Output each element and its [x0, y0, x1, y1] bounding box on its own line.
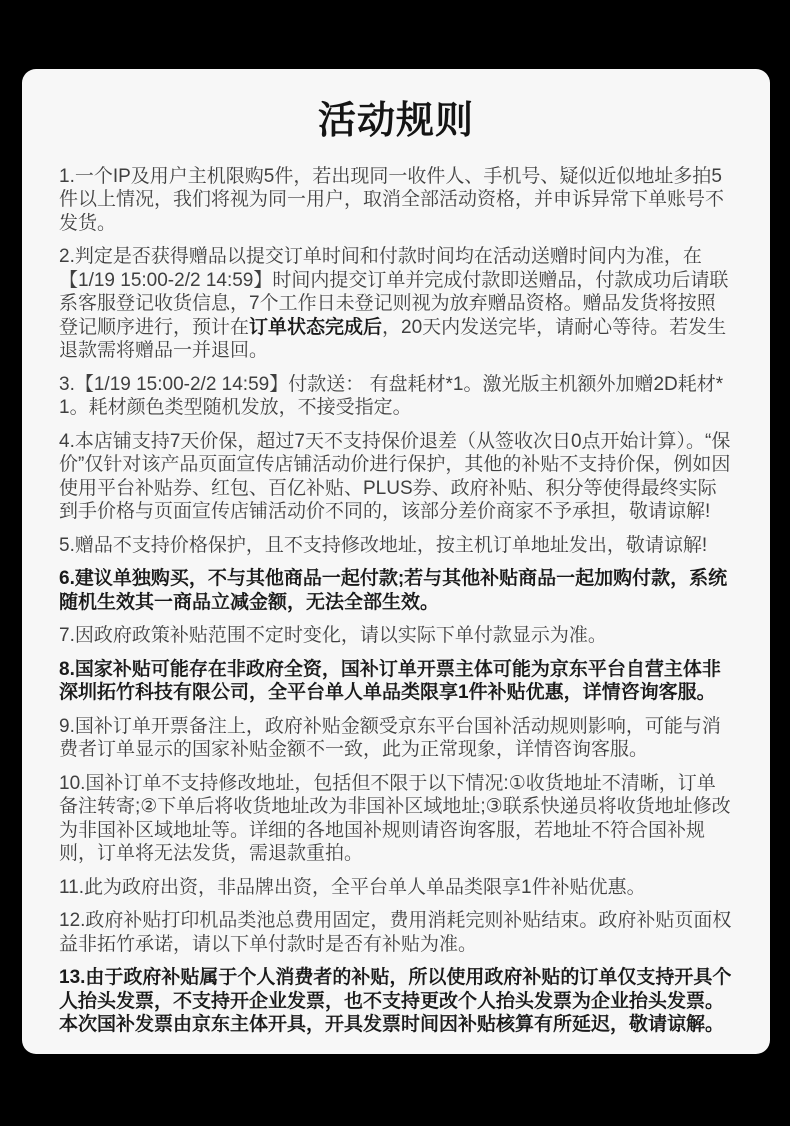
rule-10-text: 10.国补订单不支持修改地址，包括但不限于以下情况:①收货地址不清晰，订单备注转…	[59, 773, 731, 865]
rule-6: 6.建议单独购买，不与其他商品一起付款;若与其他补贴商品一起加购付款，系统随机生…	[59, 567, 733, 614]
rule-9-text: 9.国补订单开票备注上，政府补贴金额受京东平台国补活动规则影响，可能与消费者订单…	[59, 716, 721, 761]
activity-rules-card: 活动规则 1.一个IP及用户主机限购5件，若出现同一收件人、手机号、疑似近似地址…	[22, 69, 770, 1054]
rule-8: 8.国家补贴可能存在非政府全资，国补订单开票主体可能为京东平台自营主体非深圳拓竹…	[59, 658, 733, 705]
rule-2: 2.判定是否获得赠品以提交订单时间和付款时间均在活动送赠时间内为准，在【1/19…	[59, 245, 733, 363]
rule-4-text: 4.本店铺支持7天价保，超过7天不支持保价退差（从签收次日0点开始计算）。“保价…	[59, 431, 730, 523]
rule-3: 3.【1/19 15:00-2/2 14:59】付款送： 有盘耗材*1。激光版主…	[59, 373, 733, 420]
screenshot-root: 活动规则 1.一个IP及用户主机限购5件，若出现同一收件人、手机号、疑似近似地址…	[0, 0, 790, 1126]
rule-1-text: 1.一个IP及用户主机限购5件，若出现同一收件人、手机号、疑似近似地址多拍5件以…	[59, 166, 724, 234]
rule-7-text: 7.因政府政策补贴范围不定时变化，请以实际下单付款显示为准。	[59, 625, 607, 646]
rule-11: 11.此为政府出资，非品牌出资，全平台单人单品类限享1件补贴优惠。	[59, 876, 733, 900]
rule-10: 10.国补订单不支持修改地址，包括但不限于以下情况:①收货地址不清晰，订单备注转…	[59, 772, 733, 866]
page-title: 活动规则	[59, 99, 733, 145]
rule-9: 9.国补订单开票备注上，政府补贴金额受京东平台国补活动规则影响，可能与消费者订单…	[59, 715, 733, 762]
rule-7: 7.因政府政策补贴范围不定时变化，请以实际下单付款显示为准。	[59, 624, 733, 648]
rule-5: 5.赠品不支持价格保护，且不支持修改地址，按主机订单地址发出，敬请谅解!	[59, 534, 733, 558]
rule-6-text: 6.建议单独购买，不与其他商品一起付款;若与其他补贴商品一起加购付款，系统随机生…	[59, 568, 727, 613]
rule-8-text: 8.国家补贴可能存在非政府全资，国补订单开票主体可能为京东平台自营主体非深圳拓竹…	[59, 659, 721, 704]
rule-11-text: 11.此为政府出资，非品牌出资，全平台单人单品类限享1件补贴优惠。	[59, 877, 646, 898]
rule-13: 13.由于政府补贴属于个人消费者的补贴，所以使用政府补贴的订单仅支持开具个人抬头…	[59, 966, 733, 1037]
rule-1: 1.一个IP及用户主机限购5件，若出现同一收件人、手机号、疑似近似地址多拍5件以…	[59, 165, 733, 236]
rule-2-text-bold: 订单状态完成后	[249, 317, 382, 338]
rule-4: 4.本店铺支持7天价保，超过7天不支持保价退差（从签收次日0点开始计算）。“保价…	[59, 430, 733, 524]
rule-5-text: 5.赠品不支持价格保护，且不支持修改地址，按主机订单地址发出，敬请谅解!	[59, 535, 707, 556]
rule-12: 12.政府补贴打印机品类池总费用固定，费用消耗完则补贴结束。政府补贴页面权益非拓…	[59, 909, 733, 956]
rule-3-text: 3.【1/19 15:00-2/2 14:59】付款送： 有盘耗材*1。激光版主…	[59, 374, 723, 419]
rule-13-text: 13.由于政府补贴属于个人消费者的补贴，所以使用政府补贴的订单仅支持开具个人抬头…	[59, 967, 731, 1035]
rule-12-text: 12.政府补贴打印机品类池总费用固定，费用消耗完则补贴结束。政府补贴页面权益非拓…	[59, 910, 731, 955]
